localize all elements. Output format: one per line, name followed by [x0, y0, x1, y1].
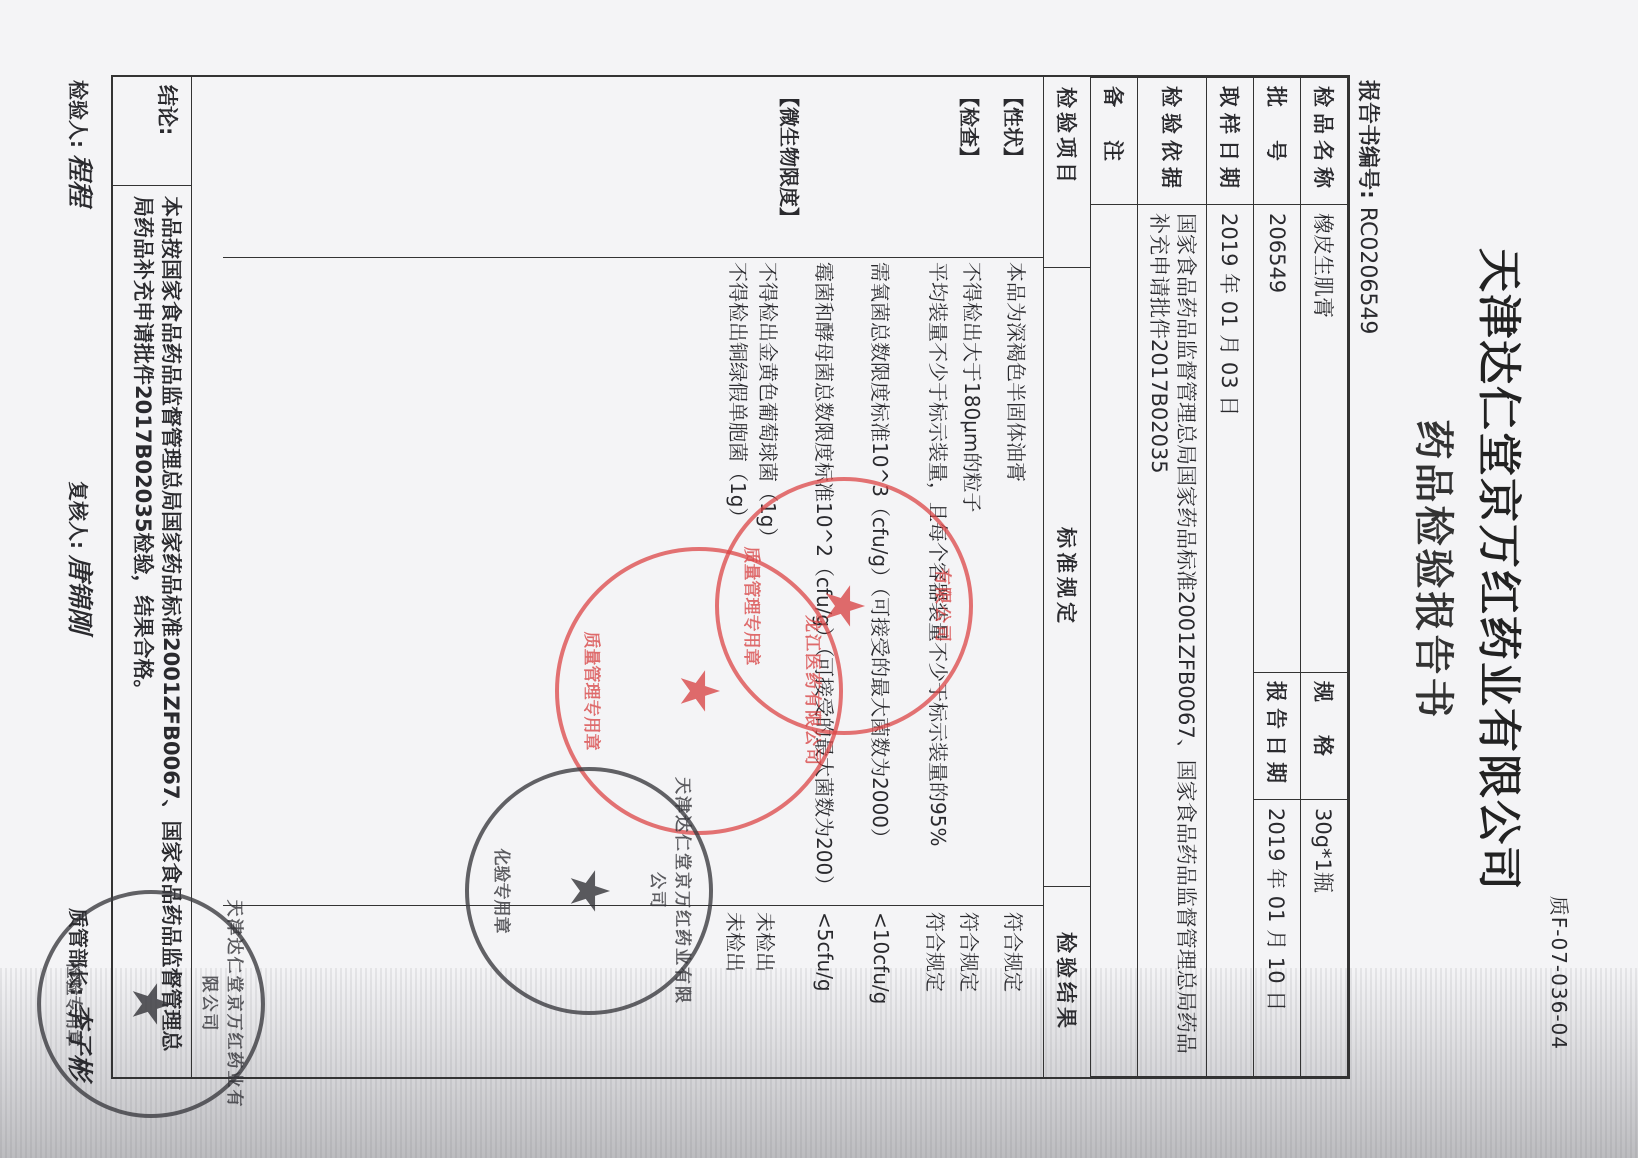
remark-label: 备 注 [1091, 78, 1138, 205]
star-icon: ★ [672, 667, 726, 715]
info-table: 检品名称 橡皮生肌膏 规 格 30g*1瓶 批 号 206549 报告日期 20… [1090, 77, 1348, 1077]
document-title: 药品检验报告书 [1408, 20, 1465, 1120]
header-item: 检验项目 [1044, 77, 1090, 268]
report-date-value: 2019 年 01 月 10 日 [1254, 800, 1301, 1077]
header-standard: 标准规定 [1044, 268, 1090, 887]
report-number-value: RC0206549 [1355, 207, 1380, 335]
info-row: 备 注 [1091, 78, 1138, 1077]
header-result: 检验结果 [1044, 887, 1090, 1077]
seal-center-text: 化验专用章 [491, 771, 516, 1011]
result-row: 未检出 [752, 912, 781, 1072]
report-number: 报告书编号:RC0206549 [1354, 80, 1385, 334]
spec-label: 规 格 [1301, 673, 1348, 800]
remark-value [1091, 205, 1138, 1077]
qa-head-name: 李子彬 [64, 1002, 94, 1080]
reviewer-name: 唐锦刚 [64, 555, 94, 633]
section-inspection: 【检查】 [956, 87, 985, 167]
seal-ring-text: 天津达仁堂京万红药业有限公司 [199, 894, 249, 1114]
seal-ring-text: 天津达仁堂京万红药业有限公司 [647, 771, 697, 1011]
batch-no-value: 206549 [1254, 205, 1301, 673]
conclusion-label: 结论: [113, 77, 191, 186]
report-number-label: 报告书编号: [1355, 80, 1380, 199]
seal-ring-text: 有限公司 [932, 481, 957, 731]
results-header: 检验项目 标准规定 检验结果 [1043, 77, 1090, 1077]
sampling-date-label: 取样日期 [1207, 78, 1254, 205]
result-row: 未检出 [722, 912, 751, 1072]
result-row: <10cfu/g [869, 912, 893, 1072]
section-appearance: 【性状】 [1000, 87, 1029, 167]
result-row: 符合规定 [922, 912, 951, 1072]
info-row: 检验依据 国家食品药品监督管理总局国家药品标准2001ZFB0067、国家食品药… [1138, 78, 1207, 1077]
qa-head-label: 质管部长: [66, 908, 90, 996]
report-frame: 检品名称 橡皮生肌膏 规 格 30g*1瓶 批 号 206549 报告日期 20… [111, 75, 1350, 1079]
reviewer-label: 复核人: [66, 481, 90, 549]
batch-no-label: 批 号 [1254, 78, 1301, 205]
section-microbial: 【微生物限度】 [776, 87, 805, 227]
results-body: 【性状】 【检查】 【微生物限度】 本品为深褐色半固体油膏 符合规定 不得检出大… [223, 77, 1043, 1077]
company-inspection-seal: 天津达仁堂京万红药业有限公司 ★ 化验专用章 [465, 767, 713, 1015]
product-name-label: 检品名称 [1301, 78, 1348, 205]
result-row: 符合规定 [1000, 912, 1029, 1072]
column-divider [223, 257, 1043, 258]
result-row: 符合规定 [956, 912, 985, 1072]
form-code: 质F-07-036-04 [1546, 896, 1575, 1050]
report-date-label: 报告日期 [1254, 673, 1301, 800]
info-row: 批 号 206549 报告日期 2019 年 01 月 10 日 [1254, 78, 1301, 1077]
basis-label: 检验依据 [1138, 78, 1207, 205]
inspector-signature: 检验人:程程 [63, 80, 100, 206]
star-icon: ★ [562, 867, 616, 915]
inspector-name: 程程 [64, 154, 94, 206]
reviewer-signature: 复核人:唐锦刚 [63, 481, 100, 633]
info-row: 检品名称 橡皮生肌膏 规 格 30g*1瓶 [1301, 78, 1348, 1077]
inspection-report-page: 质F-07-036-04 天津达仁堂京万红药业有限公司 药品检验报告书 报告书编… [75, 20, 1575, 1120]
seal-ring-text: 龙江医药有限公司 [802, 551, 827, 831]
product-name-value: 橡皮生肌膏 [1301, 205, 1348, 673]
qa-head-signature: 质管部长:李子彬 [63, 908, 100, 1080]
info-row: 取样日期 2019 年 01 月 03 日 [1207, 78, 1254, 1077]
company-name: 天津达仁堂京万红药业有限公司 [1471, 20, 1535, 1120]
signature-row: 检验人:程程 复核人:唐锦刚 质管部长:李子彬 [63, 80, 100, 1080]
standard-row: 本品为深褐色半固体油膏 [1003, 262, 1029, 902]
basis-value: 国家食品药品监督管理总局国家药品标准2001ZFB0067、国家食品药品监督管理… [1138, 205, 1207, 1077]
sampling-date-value: 2019 年 01 月 03 日 [1207, 205, 1254, 1077]
star-icon: ★ [124, 980, 178, 1028]
result-row: <5cfu/g [813, 912, 837, 1072]
spec-value: 30g*1瓶 [1301, 800, 1348, 1077]
inspector-label: 检验人: [66, 80, 90, 148]
